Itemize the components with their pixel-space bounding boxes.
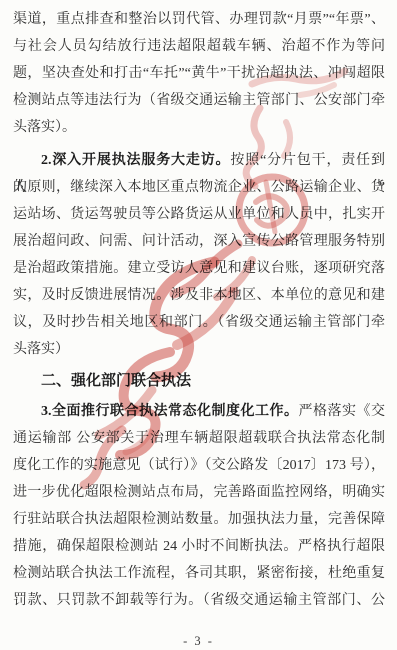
text-segment: 严格落实《交	[299, 404, 386, 419]
text-line: 通运输部 公安部关于治理车辆超限超载联合执法常态化制	[13, 425, 385, 452]
text-line: 头落实）。	[13, 114, 385, 141]
text-line: 与社会人员勾结放行违法超限超载车辆、治超不作为等问	[13, 33, 385, 60]
text-segment: 罚款、只罚款不卸载等行为。（省级交通运输主管部门、公	[13, 593, 385, 608]
text-line: 议，及时抄告相关地区和部门。（省级交通运输主管部门牵	[13, 309, 385, 336]
text-segment: 议，及时抄告相关地区和部门。（省级交通运输主管部门牵	[13, 315, 385, 330]
text-segment: 题，坚决查处和打击“车托”“黄牛”干扰治超执法、冲闯超限	[13, 66, 385, 81]
text-line: 渠道，重点排查和整治以罚代管、办理罚款“月票”“年票”、	[13, 6, 385, 33]
footer-page-number: - 3 -	[0, 634, 397, 649]
text-line: 的原则，继续深入本地区重点物流企业、公路运输企业、货	[13, 174, 385, 201]
text-segment: 头落实）	[13, 342, 69, 357]
text-segment: 度化工作的实施意见（试行）》（交公路发〔2017〕173 号），	[13, 458, 385, 473]
text-line: 头落实）	[13, 336, 385, 363]
text-line: 实，及时反馈进展情况。涉及非本地区、本单位的意见和建	[13, 282, 385, 309]
document-body: 渠道，重点排查和整治以罚代管、办理罚款“月票”“年票”、与社会人员勾结放行违法超…	[13, 6, 385, 614]
text-line: 3.全面推行联合执法常态化制度化工作。严格落实《交	[13, 398, 385, 425]
text-segment: 进一步优化超限检测站点布局，完善路面监控网络，明确实	[13, 485, 385, 500]
text-line: 进一步优化超限检测站点布局，完善路面监控网络，明确实	[13, 479, 385, 506]
text-line: 行驻站联合执法超限检测站数量。加强执法力量，完善保障	[13, 506, 385, 533]
text-line: 检测站联合执法工作流程，各司其职，紧密衔接，杜绝重复	[13, 560, 385, 587]
text-segment: 与社会人员勾结放行违法超限超载车辆、治超不作为等问	[13, 39, 385, 54]
text-segment: 展治超问政、问需、问计活动，深入宣传公路管理服务特别	[13, 234, 385, 249]
text-segment: 行驻站联合执法超限检测站数量。加强执法力量，完善保障	[13, 512, 385, 527]
text-line: 是治超政策措施。建立受访人意见和建议台账，逐项研究落	[13, 255, 385, 282]
text-line: 度化工作的实施意见（试行）》（交公路发〔2017〕173 号），	[13, 452, 385, 479]
text-line: 题，坚决查处和打击“车托”“黄牛”干扰治超执法、冲闯超限	[13, 60, 385, 87]
text-segment: 是治超政策措施。建立受访人意见和建议台账，逐项研究落	[13, 261, 385, 276]
text-segment: 实，及时反馈进展情况。涉及非本地区、本单位的意见和建	[13, 288, 385, 303]
text-segment: 的原则，继续深入本地区重点物流企业、公路运输企业、货	[13, 180, 385, 195]
document-page: 渠道，重点排查和整治以罚代管、办理罚款“月票”“年票”、与社会人员勾结放行违法超…	[0, 0, 397, 650]
text-segment: 头落实）。	[13, 120, 76, 135]
text-segment: 通运输部 公安部关于治理车辆超限超载联合执法常态化制	[13, 431, 385, 446]
bold-text-segment: 2.深入开展执法服务大走访。	[41, 153, 230, 168]
bold-text-segment: 二、强化部门联合执法	[41, 372, 191, 389]
text-segment: 运站场、货运驾驶员等公路货运从业单位和人员中，扎实开	[13, 207, 385, 222]
text-line: 罚款、只罚款不卸载等行为。（省级交通运输主管部门、公	[13, 587, 385, 614]
bold-text-segment: 3.全面推行联合执法常态化制度化工作。	[41, 404, 299, 419]
text-segment: 渠道，重点排查和整治以罚代管、办理罚款“月票”“年票”、	[13, 12, 385, 27]
text-line: 检测站点等违法行为（省级交通运输主管部门、公安部门牵	[13, 87, 385, 114]
text-line: 2.深入开展执法服务大走访。按照“分片包干，责任到人”	[13, 147, 385, 174]
section-heading: 二、强化部门联合执法	[13, 367, 385, 394]
text-segment: 措施，确保超限检测站 24 小时不间断执法。严格执行超限	[13, 539, 385, 554]
text-segment: 检测站联合执法工作流程，各司其职，紧密衔接，杜绝重复	[13, 566, 385, 581]
text-segment: 检测站点等违法行为（省级交通运输主管部门、公安部门牵	[13, 93, 385, 108]
text-line: 展治超问政、问需、问计活动，深入宣传公路管理服务特别	[13, 228, 385, 255]
text-line: 运站场、货运驾驶员等公路货运从业单位和人员中，扎实开	[13, 201, 385, 228]
text-line: 措施，确保超限检测站 24 小时不间断执法。严格执行超限	[13, 533, 385, 560]
